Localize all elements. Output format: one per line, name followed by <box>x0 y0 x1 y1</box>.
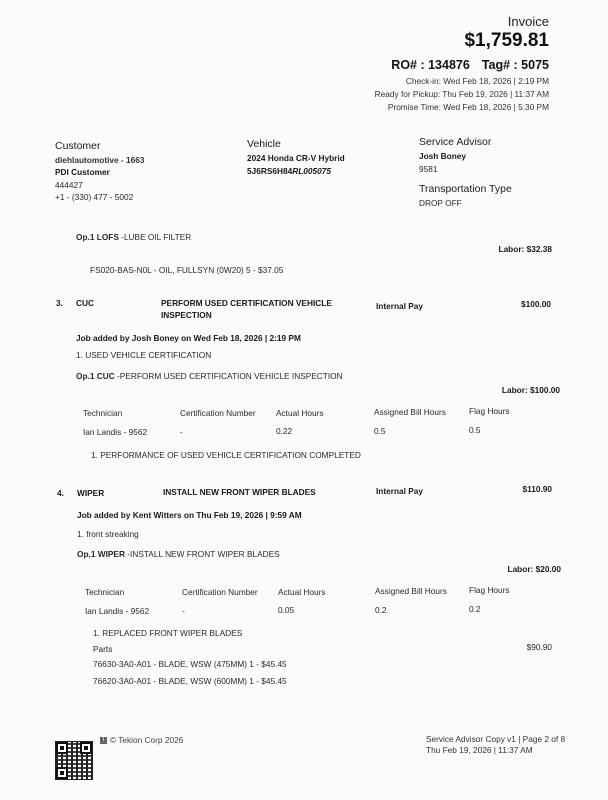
ready-for-pickup-time: Ready for Pickup: Thu Feb 19, 2026 | 11:… <box>375 89 549 99</box>
job-title-line2: INSPECTION <box>161 310 332 320</box>
ro-tag-line: RO# : 134876Tag# : 5075 <box>391 58 549 72</box>
service-advisor-id: 9581 <box>419 164 437 174</box>
part-line: 76620-3A0-A01 - BLADE, WSW (600MM) 1 - $… <box>93 676 287 686</box>
job-number: 3. <box>56 298 63 308</box>
col-header-certification: Certification Number <box>182 587 258 597</box>
tag-number: Tag# : 5075 <box>482 58 549 72</box>
customer-phone: +1 - (330) 477 - 5002 <box>55 192 133 202</box>
footer-copy-info: Service Advisor Copy v1 | Page 2 of 8 <box>426 734 565 744</box>
col-header-bill-hours: Assigned Bill Hours <box>375 586 447 596</box>
tekion-logo-icon: T <box>100 737 107 744</box>
col-header-actual-hours: Actual Hours <box>278 587 326 597</box>
col-header-flag-hours: Flag Hours <box>469 585 510 595</box>
copyright-text: © Tekion Corp 2026 <box>110 735 183 745</box>
promise-time: Promise Time: Wed Feb 18, 2026 | 5:30 PM <box>388 102 549 112</box>
job-pay-type: Internal Pay <box>376 301 423 311</box>
op-code: Op.1 WIPER <box>77 549 125 559</box>
col-header-actual-hours: Actual Hours <box>276 408 324 418</box>
job-number: 4. <box>57 488 64 498</box>
col-header-technician: Technician <box>85 587 124 597</box>
job-correction: 1. PERFORMANCE OF USED VEHICLE CERTIFICA… <box>91 450 361 460</box>
job-concern: 1. front streaking <box>77 529 139 539</box>
job-added-by: Job added by Kent Witters on Thu Feb 19,… <box>77 510 302 520</box>
ro-number: RO# : 134876 <box>391 58 470 72</box>
parts-heading: Parts <box>93 644 112 654</box>
check-in-time: Check-in: Wed Feb 18, 2026 | 2:19 PM <box>406 76 549 86</box>
job-labor: Labor: $100.00 <box>502 385 560 395</box>
invoice-total: $1,759.81 <box>464 30 549 52</box>
cell-technician: Ian Landis - 9562 <box>83 427 147 437</box>
customer-type: PDI Customer <box>55 167 110 177</box>
transportation-heading: Transportation Type <box>419 183 512 195</box>
footer-copyright: T© Tekion Corp 2026 <box>100 735 183 745</box>
cell-certification: - <box>182 606 185 616</box>
vin-suffix: RL005075 <box>292 166 331 176</box>
job-code: WIPER <box>77 488 104 498</box>
op-description: -INSTALL NEW FRONT WIPER BLADES <box>125 549 280 559</box>
op-code: Op.1 LOFS <box>76 232 119 242</box>
job-correction: 1. REPLACED FRONT WIPER BLADES <box>93 628 242 638</box>
part-line: 76630-3A0-A01 - BLADE, WSW (475MM) 1 - $… <box>93 659 287 669</box>
customer-heading: Customer <box>55 140 101 152</box>
vin-prefix: 5J6RS6H84 <box>247 166 292 176</box>
job-title: INSTALL NEW FRONT WIPER BLADES <box>163 487 316 497</box>
job-amount: $110.90 <box>522 484 552 494</box>
cell-bill-hours: 0.2 <box>375 605 387 615</box>
vehicle-heading: Vehicle <box>247 138 281 150</box>
job-op-line: Op.1 CUC -PERFORM USED CERTIFICATION VEH… <box>76 371 343 381</box>
document-title: Invoice <box>508 14 549 29</box>
job2-labor: Labor: $32.38 <box>499 244 553 254</box>
col-header-technician: Technician <box>83 408 122 418</box>
job2-op-line: Op.1 LOFS -LUBE OIL FILTER <box>76 232 191 242</box>
cell-actual-hours: 0.22 <box>276 426 292 436</box>
vehicle-vin: 5J6RS6H84RL005075 <box>247 166 331 176</box>
vehicle-description: 2024 Honda CR-V Hybrid <box>247 153 345 163</box>
customer-id: 444427 <box>55 180 83 190</box>
job-op-line: Op.1 WIPER -INSTALL NEW FRONT WIPER BLAD… <box>77 549 280 559</box>
service-advisor-heading: Service Advisor <box>419 136 491 148</box>
cell-actual-hours: 0.05 <box>278 605 294 615</box>
service-advisor-name: Josh Boney <box>419 151 466 161</box>
job-pay-type: Internal Pay <box>376 486 423 496</box>
parts-total: $90.90 <box>527 642 552 652</box>
job-concern: 1. USED VEHICLE CERTIFICATION <box>76 350 211 360</box>
job2-part-line: FS020-BAS-N0L - OIL, FULLSYN (0W20) 5 - … <box>90 265 283 275</box>
cell-bill-hours: 0.5 <box>374 426 386 436</box>
job-title: PERFORM USED CERTIFICATION VEHICLE INSPE… <box>161 298 332 320</box>
cell-flag-hours: 0.2 <box>469 604 481 614</box>
op-code: Op.1 CUC <box>76 371 115 381</box>
col-header-certification: Certification Number <box>180 408 256 418</box>
cell-technician: Ian Landis - 9562 <box>85 606 149 616</box>
cell-certification: - <box>180 427 183 437</box>
footer-printed-time: Thu Feb 19, 2026 | 11:37 AM <box>426 745 533 755</box>
job-amount: $100.00 <box>521 299 551 309</box>
qr-code <box>55 741 93 780</box>
customer-name: diehlautomotive - 1663 <box>55 155 144 165</box>
op-description: -PERFORM USED CERTIFICATION VEHICLE INSP… <box>115 371 343 381</box>
col-header-bill-hours: Assigned Bill Hours <box>374 407 446 417</box>
op-description: -LUBE OIL FILTER <box>119 232 191 242</box>
col-header-flag-hours: Flag Hours <box>469 406 510 416</box>
job-labor: Labor: $20.00 <box>508 564 562 574</box>
job-added-by: Job added by Josh Boney on Wed Feb 18, 2… <box>76 333 301 343</box>
job-code: CUC <box>76 298 94 308</box>
cell-flag-hours: 0.5 <box>469 425 481 435</box>
transportation-type: DROP OFF <box>419 198 462 208</box>
job-title-line1: PERFORM USED CERTIFICATION VEHICLE <box>161 298 332 308</box>
